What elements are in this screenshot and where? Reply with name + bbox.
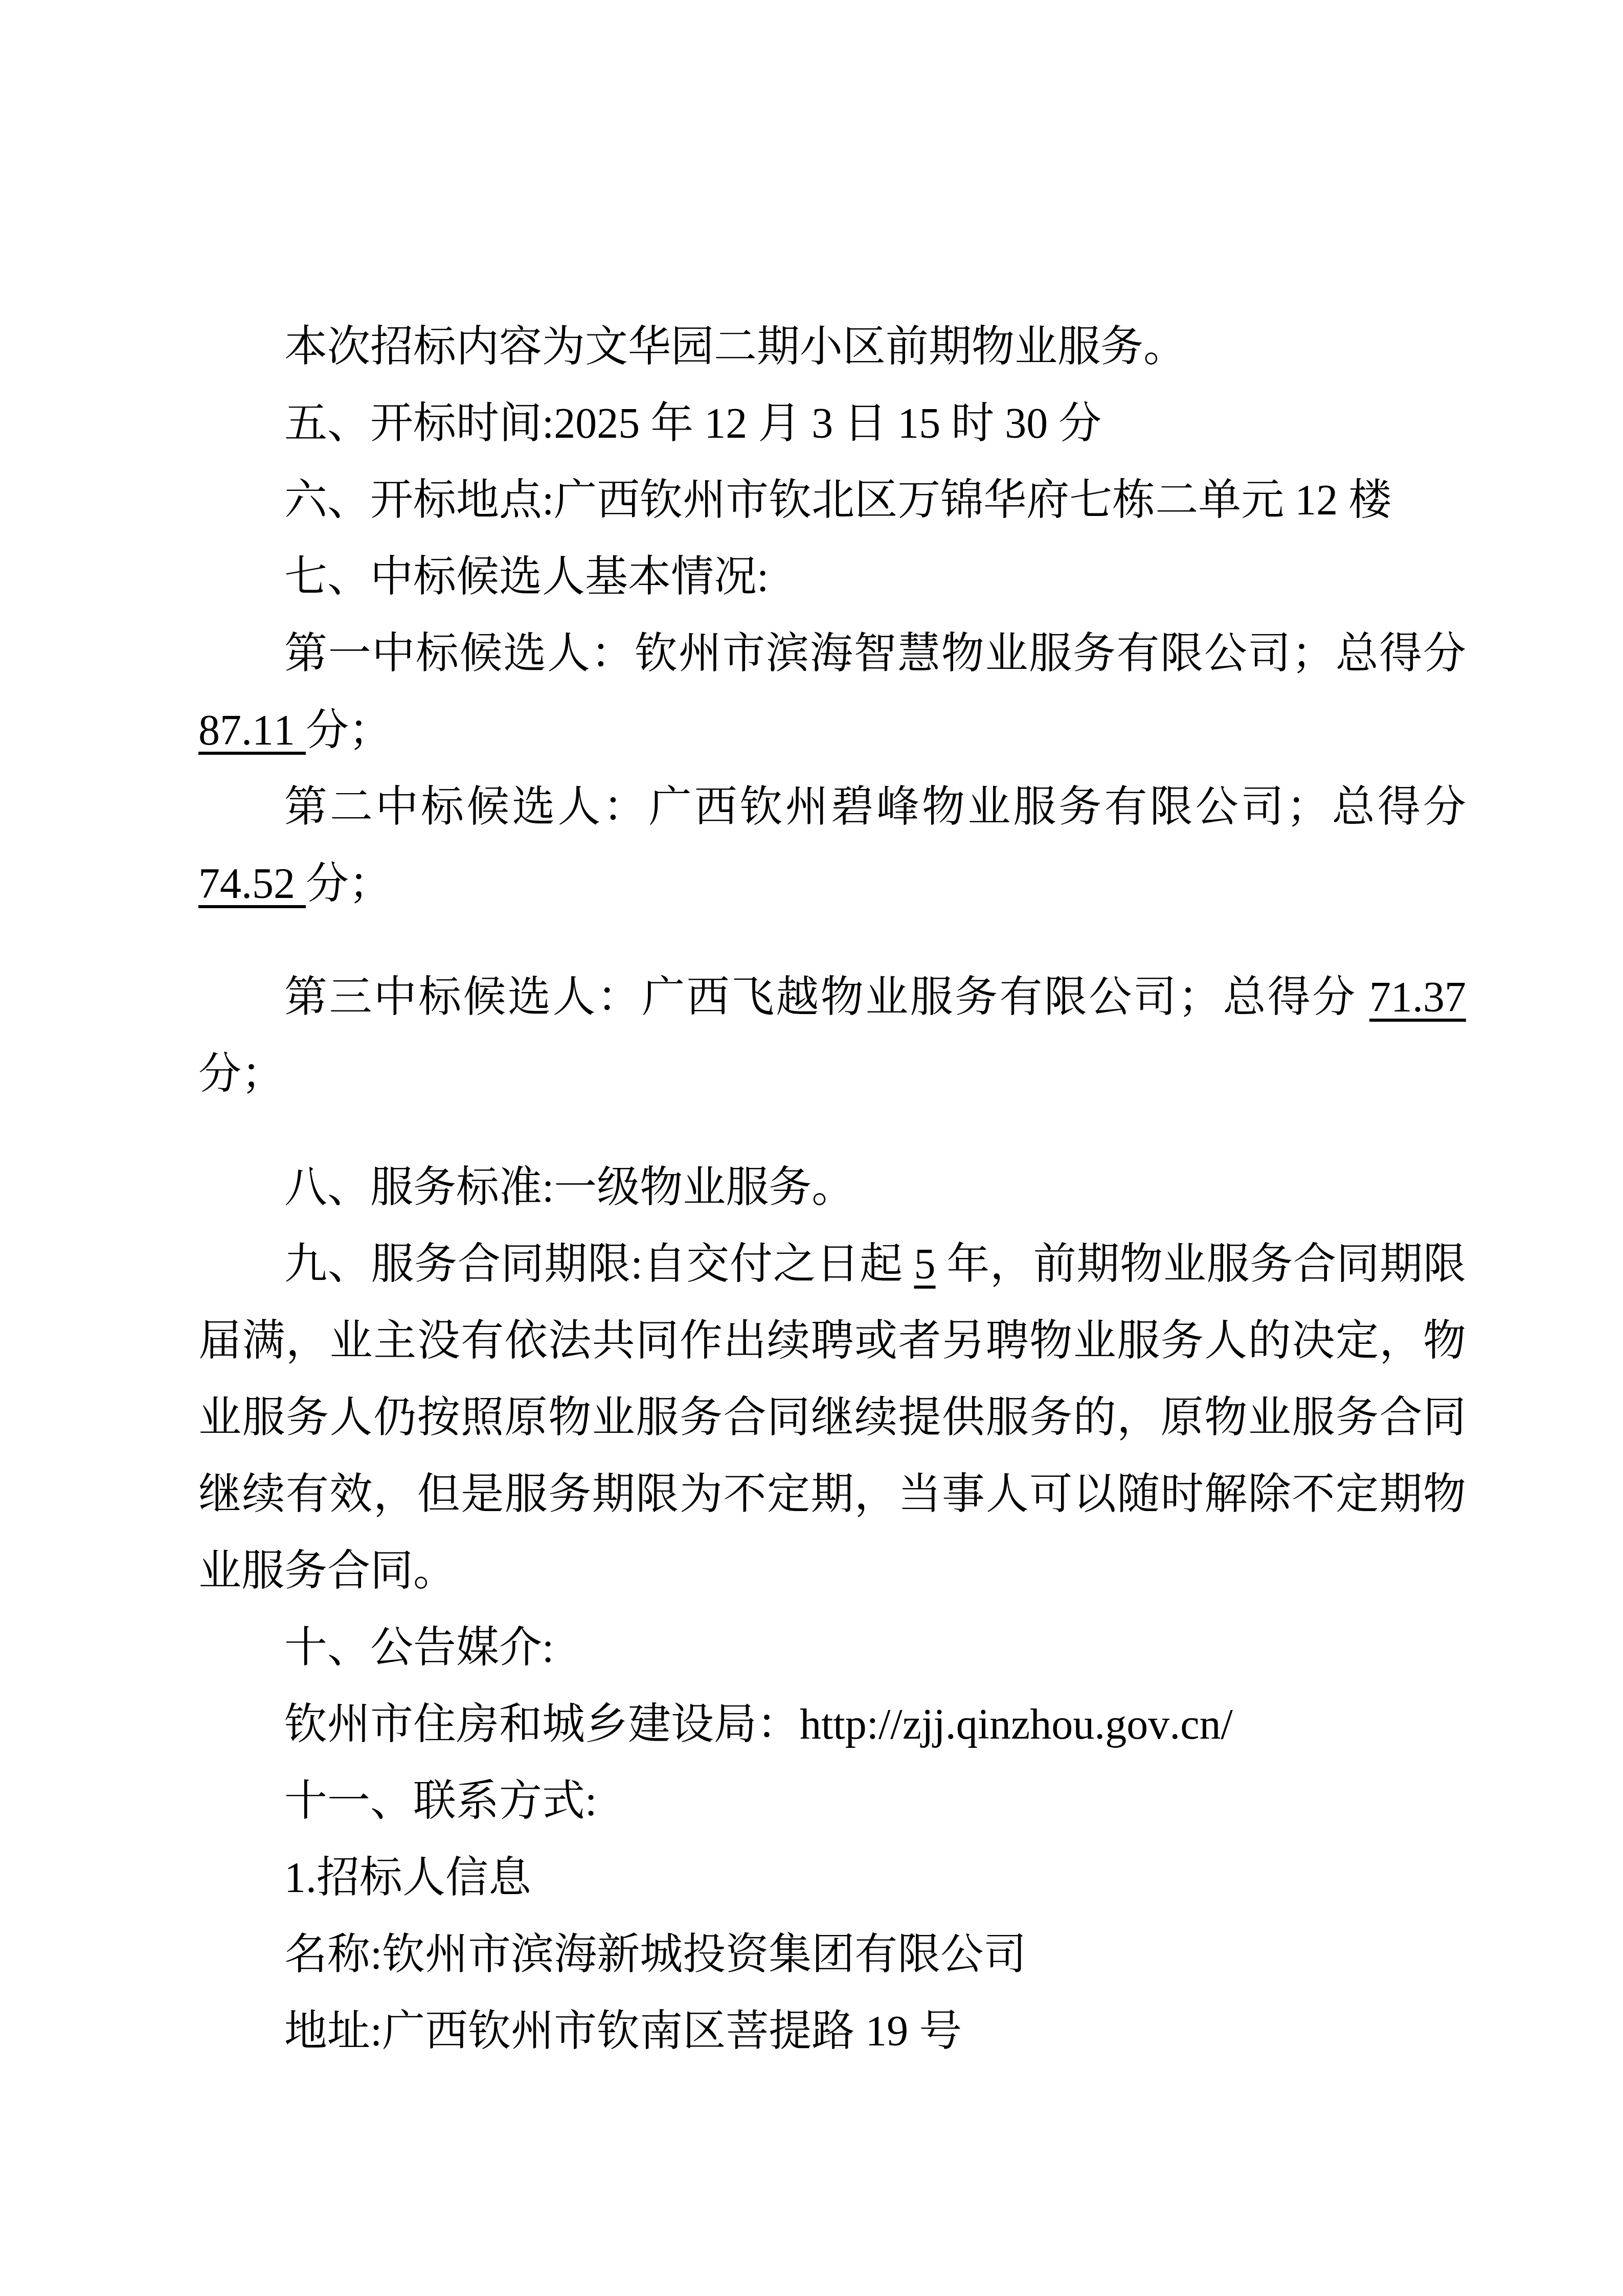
text-line: 十一、联系方式: [198,1763,1466,1840]
text-line: 七、中标候选人基本情况: [198,539,1466,616]
text-segment: 六、开标地点:广西钦州市钦北区万锦华府七栋二单元 12 楼 [284,477,1391,524]
underlined-value: 74.52 [198,860,306,908]
text-segment: 年，前期物业服务合同期限 [936,1241,1466,1288]
text-line: 钦州市住房和城乡建设局：http://zjj.qinzhou.gov.cn/ [198,1686,1466,1763]
text-segment: 业服务人仍按照原物业服务合同继续提供服务的，原物业服务合同 [198,1394,1466,1442]
text-line: 八、服务标准:一级物业服务。 [198,1150,1466,1226]
text-segment: 第三中标候选人：广西飞越物业服务有限公司；总得分 [284,974,1369,1021]
text-line: 十、公告媒介: [198,1610,1466,1686]
text-segment: 名称:钦州市滨海新城投资集团有限公司 [284,1931,1026,1978]
underlined-value: 5 [914,1241,936,1288]
text-line: 分； [198,1036,1466,1113]
text-segment: 第一中标候选人：钦州市滨海智慧物业服务有限公司；总得分 [284,630,1466,678]
text-line: 87.11 分； [198,692,1466,769]
underlined-value: 87.11 [198,707,306,754]
text-segment: 分； [198,1050,284,1098]
text-segment: 十一、联系方式: [284,1777,597,1825]
text-segment: 九、服务合同期限:自交付之日起 [284,1241,914,1288]
text-segment: 分； [306,707,392,754]
underlined-value: 71.37 [1369,974,1466,1021]
document-page: 本次招标内容为文华园二期小区前期物业服务。五、开标时间:2025 年 12 月 … [0,0,1623,2296]
text-line: 本次招标内容为文华园二期小区前期物业服务。 [198,309,1466,386]
text-line: 名称:钦州市滨海新城投资集团有限公司 [198,1917,1466,1993]
text-segment: 钦州市住房和城乡建设局：http://zjj.qinzhou.gov.cn/ [284,1701,1233,1748]
text-line: 74.52 分； [198,846,1466,922]
text-segment: 五、开标时间:2025 年 12 月 3 日 15 时 30 分 [284,400,1101,447]
text-segment: 业服务合同。 [198,1547,456,1595]
text-line: 第二中标候选人：广西钦州碧峰物业服务有限公司；总得分 [198,769,1466,846]
text-segment: 七、中标候选人基本情况: [284,553,769,601]
text-segment: 继续有效，但是服务期限为不定期，当事人可以随时解除不定期物 [198,1471,1466,1518]
text-line: 届满，业主没有依法共同作出续聘或者另聘物业服务人的决定，物 [198,1303,1466,1380]
text-line: 六、开标地点:广西钦州市钦北区万锦华府七栋二单元 12 楼 [198,462,1466,539]
text-segment: 十、公告媒介: [284,1624,554,1672]
text-segment: 分； [306,860,392,908]
text-line: 业服务合同。 [198,1533,1466,1610]
text-line: 地址:广西钦州市钦南区菩提路 19 号 [198,1993,1466,2070]
text-segment: 第二中标候选人：广西钦州碧峰物业服务有限公司；总得分 [284,783,1466,831]
text-line: 九、服务合同期限:自交付之日起 5 年，前期物业服务合同期限 [198,1226,1466,1303]
text-segment: 八、服务标准:一级物业服务。 [284,1164,854,1211]
text-line: 第三中标候选人：广西飞越物业服务有限公司；总得分 71.37 [198,959,1466,1036]
text-segment: 地址:广西钦州市钦南区菩提路 19 号 [284,2008,962,2055]
text-segment: 1.招标人信息 [284,1854,531,1902]
text-segment: 本次招标内容为文华园二期小区前期物业服务。 [284,323,1186,371]
text-line: 继续有效，但是服务期限为不定期，当事人可以随时解除不定期物 [198,1456,1466,1533]
text-line: 五、开标时间:2025 年 12 月 3 日 15 时 30 分 [198,386,1466,462]
text-line: 1.招标人信息 [198,1840,1466,1917]
text-segment: 届满，业主没有依法共同作出续聘或者另聘物业服务人的决定，物 [198,1317,1466,1365]
text-line: 业服务人仍按照原物业服务合同继续提供服务的，原物业服务合同 [198,1380,1466,1456]
text-line: 第一中标候选人：钦州市滨海智慧物业服务有限公司；总得分 [198,616,1466,692]
